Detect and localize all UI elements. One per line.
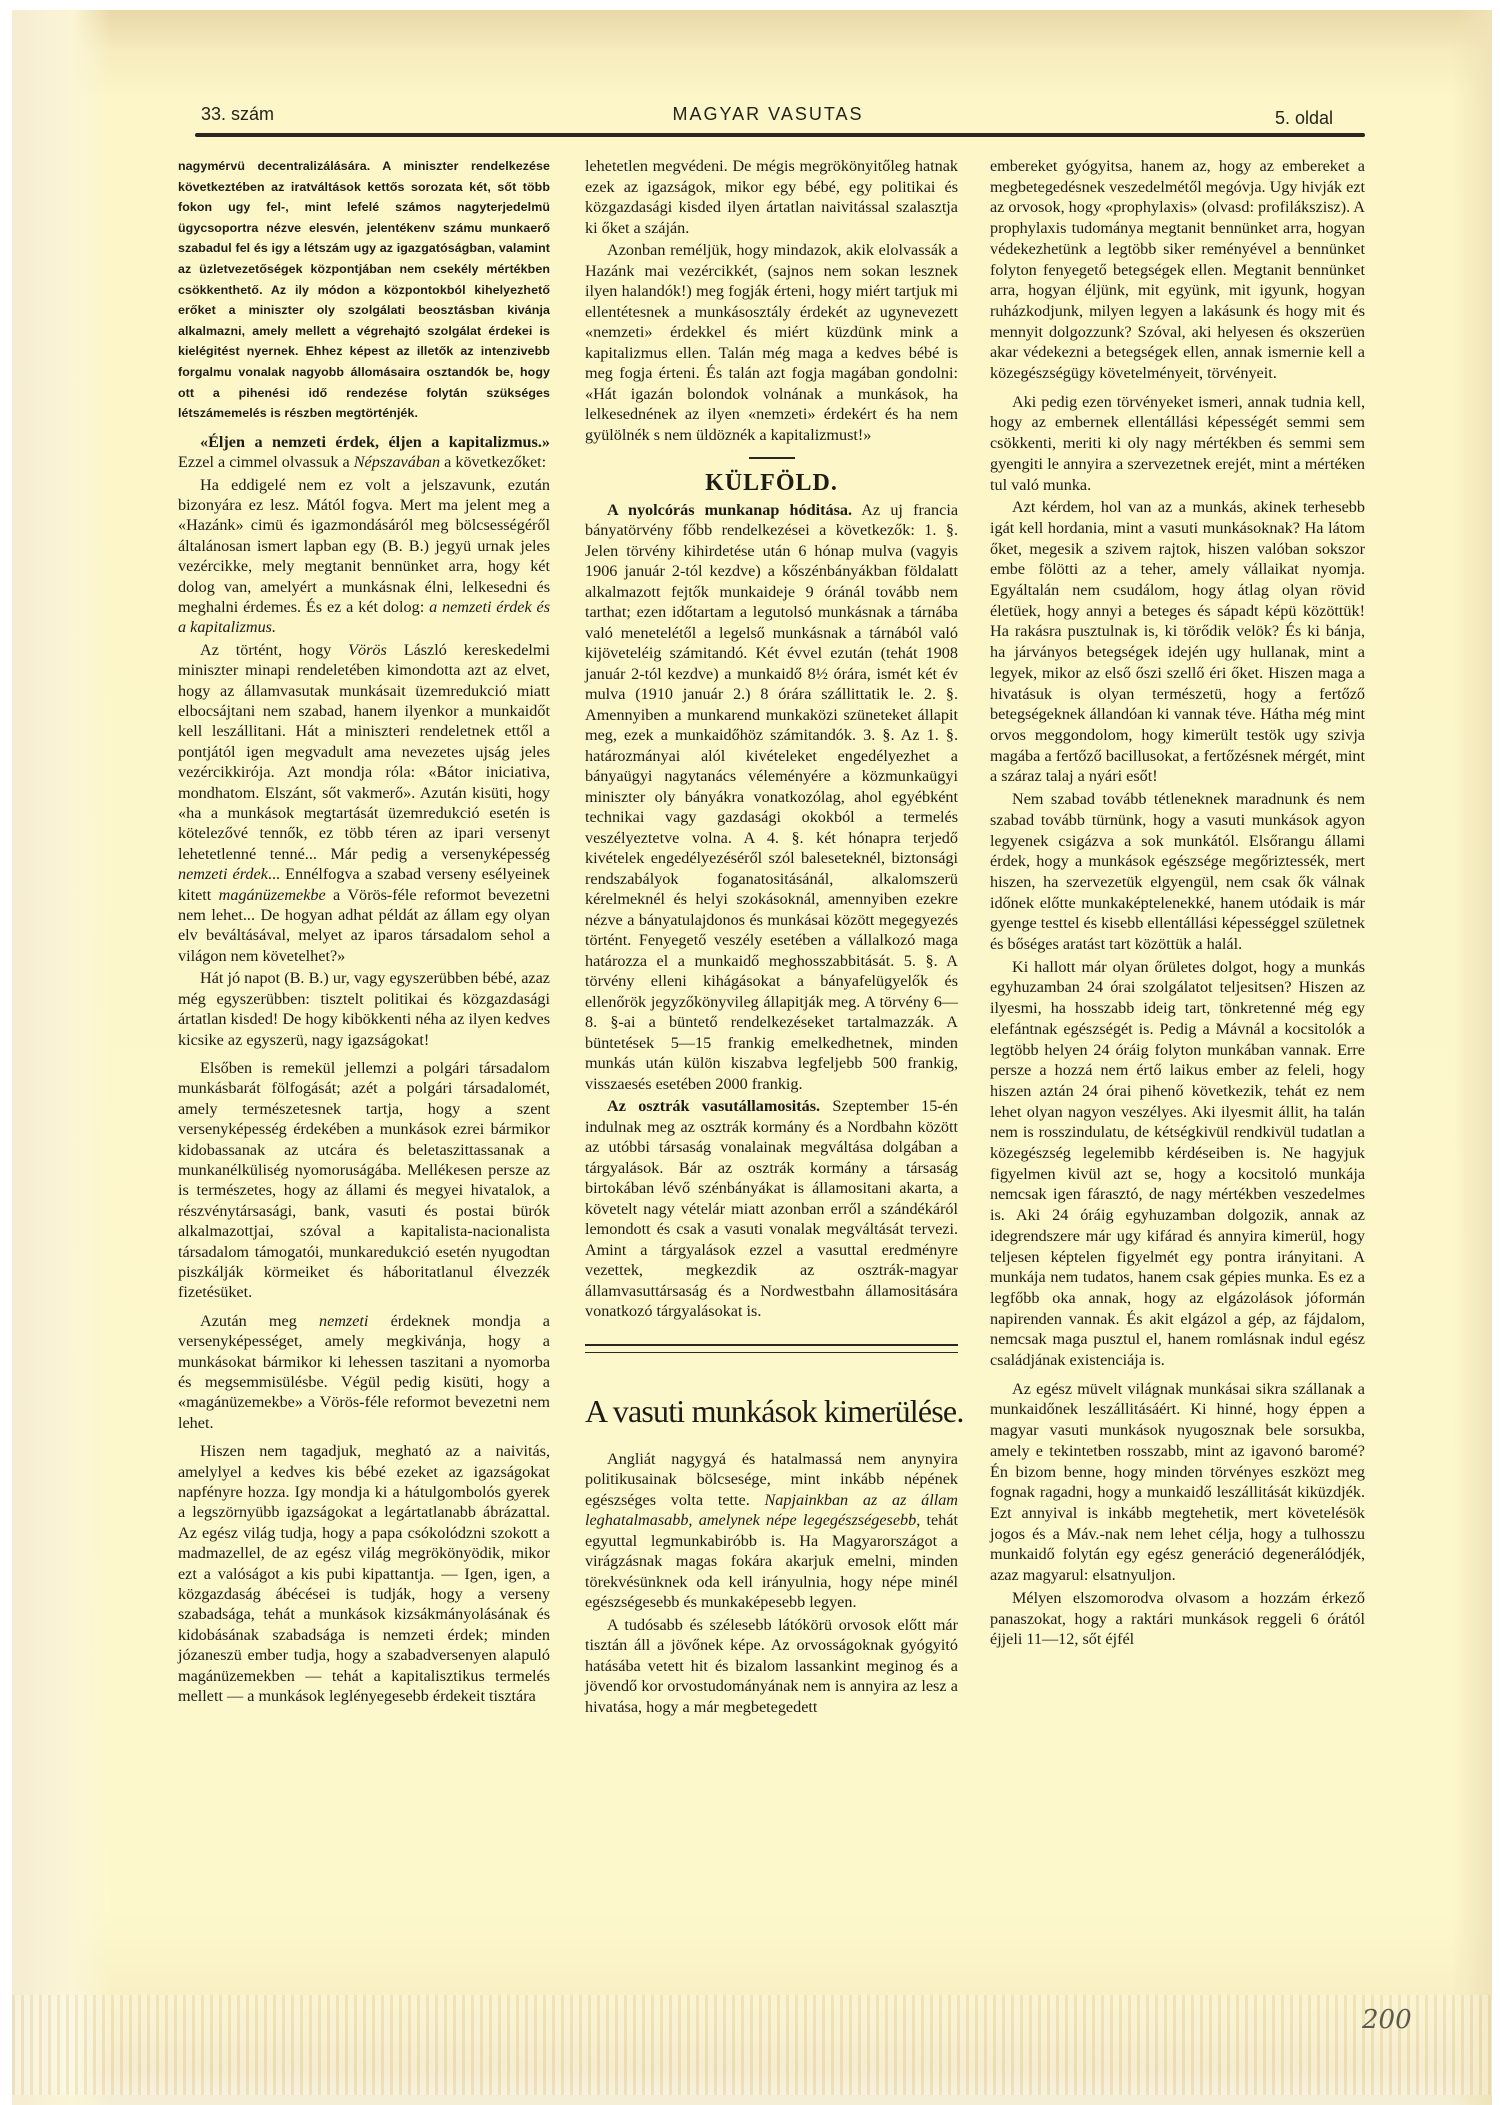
paragraph: Ha eddigelé nem ez volt a jelszavunk, ez… xyxy=(178,475,550,638)
paragraph: Az történt, hogy Vörös László kereskedel… xyxy=(178,640,550,967)
handwritten-archive-number: 200 xyxy=(1362,2005,1412,2035)
article-divider xyxy=(585,1344,958,1353)
page-number: 5. oldal xyxy=(1275,108,1333,129)
paragraph: Nem szabad tovább tétleneknek maradnunk … xyxy=(990,789,1365,955)
paragraph: Aki pedig ezen törvényeket ismeri, annak… xyxy=(990,392,1365,496)
article-title: A vasuti munkások kimerülése. xyxy=(585,1393,958,1429)
column-2: lehetetlen megvédeni. De mégis megrököny… xyxy=(585,156,958,1717)
paragraph-eljen: «Éljen a nemzeti érdek, éljen a kapitali… xyxy=(178,432,550,473)
publication-name: Népszavában xyxy=(354,453,440,471)
section-title-kulfold: KÜLFÖLD. xyxy=(585,473,958,494)
paragraph-decentralization: nagymérvü decentralizálására. A miniszte… xyxy=(178,156,550,424)
separator xyxy=(749,457,795,459)
paragraph: Azután meg nemzeti érdeknek mondja a ver… xyxy=(178,1311,550,1433)
paragraph: Angliát nagygyá és hatalmassá nem anynyi… xyxy=(585,1449,958,1613)
subheading-eight-hour-day: A nyolcórás munkanap hóditása. xyxy=(607,501,852,519)
paragraph-austrian-nationalization: Az osztrák vasutállamositás. Szeptember … xyxy=(585,1096,958,1322)
paragraph: Hiszen nem tagadjuk, megható az a naivit… xyxy=(178,1441,550,1706)
paragraph: Azt kérdem, hol van az a munkás, akinek … xyxy=(990,497,1365,787)
paragraph: Mélyen elszomorodva olvasom a hozzám érk… xyxy=(990,1588,1365,1650)
paragraph: Elsőben is remekül jellemzi a polgári tá… xyxy=(178,1058,550,1303)
column-3: embereket gyógyitsa, hanem az, hogy az e… xyxy=(990,156,1365,1650)
paragraph: Hát jó napot (B. B.) ur, vagy egyszerübb… xyxy=(178,968,550,1050)
paragraph: Az egész müvelt világnak munkásai sikra … xyxy=(990,1379,1365,1586)
header-rule xyxy=(195,133,1365,137)
paragraph-eight-hour-day: A nyolcórás munkanap hóditása. Az uj fra… xyxy=(585,500,958,1095)
subheading-austrian-nationalization: Az osztrák vasutállamositás. xyxy=(607,1097,820,1115)
paragraph: A tudósabb és szélesebb látókörü orvosok… xyxy=(585,1615,958,1718)
paragraph: Azonban reméljük, hogy mindazok, akik el… xyxy=(585,240,958,445)
subheading-eljen: «Éljen a nemzeti érdek, éljen a kapitali… xyxy=(200,433,550,451)
paper-wear xyxy=(12,1995,1492,2095)
column-1: nagymérvü decentralizálására. A miniszte… xyxy=(178,156,550,1707)
newspaper-title: MAGYAR VASUTAS xyxy=(183,104,1353,125)
paragraph: lehetetlen megvédeni. De mégis megrököny… xyxy=(585,156,958,238)
paragraph: embereket gyógyitsa, hanem az, hogy az e… xyxy=(990,156,1365,384)
paragraph: Ki hallott már olyan őrületes dolgot, ho… xyxy=(990,957,1365,1371)
